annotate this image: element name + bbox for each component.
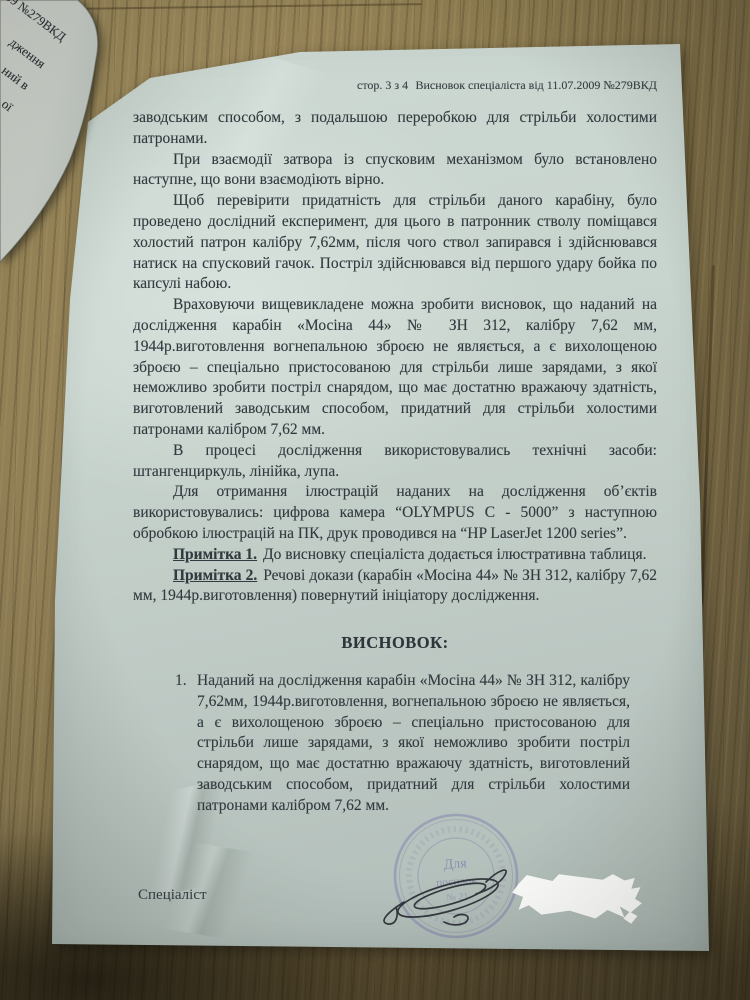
paragraph: заводським способом, з подальшою перероб… bbox=[133, 108, 657, 150]
paragraph: Враховуючи вищевикладене можна зробити в… bbox=[133, 295, 657, 441]
paragraph: В процесі дослідження використовувались … bbox=[133, 441, 657, 483]
note-1: Примітка 1.До висновку спеціаліста додає… bbox=[133, 545, 657, 566]
note-2-label: Примітка 2. bbox=[173, 567, 257, 584]
page-header: стор. 3 з 4 Висновок спеціаліста від 11.… bbox=[133, 76, 657, 92]
conclusion-heading: ВИСНОВОК: bbox=[133, 633, 657, 654]
paragraph: Щоб перевірити придатність для стрільби … bbox=[133, 191, 657, 295]
document-text-body: стор. 3 з 4 Висновок спеціаліста від 11.… bbox=[133, 76, 657, 817]
conclusion-item-number: 1. bbox=[175, 671, 197, 817]
note-1-label: Примітка 1. bbox=[173, 546, 257, 563]
conclusion-item: 1. Наданий на дослідження карабін «Мосін… bbox=[133, 671, 657, 817]
page-number: стор. 3 з 4 bbox=[357, 78, 408, 92]
photographed-document-scene: стор. 3 з 4 Висновок спеціаліста від 11.… bbox=[0, 0, 750, 1000]
header-title: Висновок спеціаліста від 11.07.2009 №279… bbox=[415, 78, 657, 92]
note-2: Примітка 2.Речові докази (карабін «Мосін… bbox=[133, 566, 657, 608]
paragraph: Для отримання ілюстрацій наданих на досл… bbox=[133, 482, 657, 544]
redaction-white-blob bbox=[509, 868, 651, 931]
note-1-text: До висновку спеціаліста додається ілюстр… bbox=[263, 546, 646, 563]
specialist-signature-label: Спеціаліст bbox=[138, 887, 207, 904]
conclusion-item-text: Наданий на дослідження карабін «Мосіна 4… bbox=[197, 671, 630, 817]
paragraph: При взаємодії затвора із спусковим механ… bbox=[133, 150, 657, 192]
curled-previous-page: 2009 №279ВКД дження ний в ої bbox=[0, 0, 130, 300]
